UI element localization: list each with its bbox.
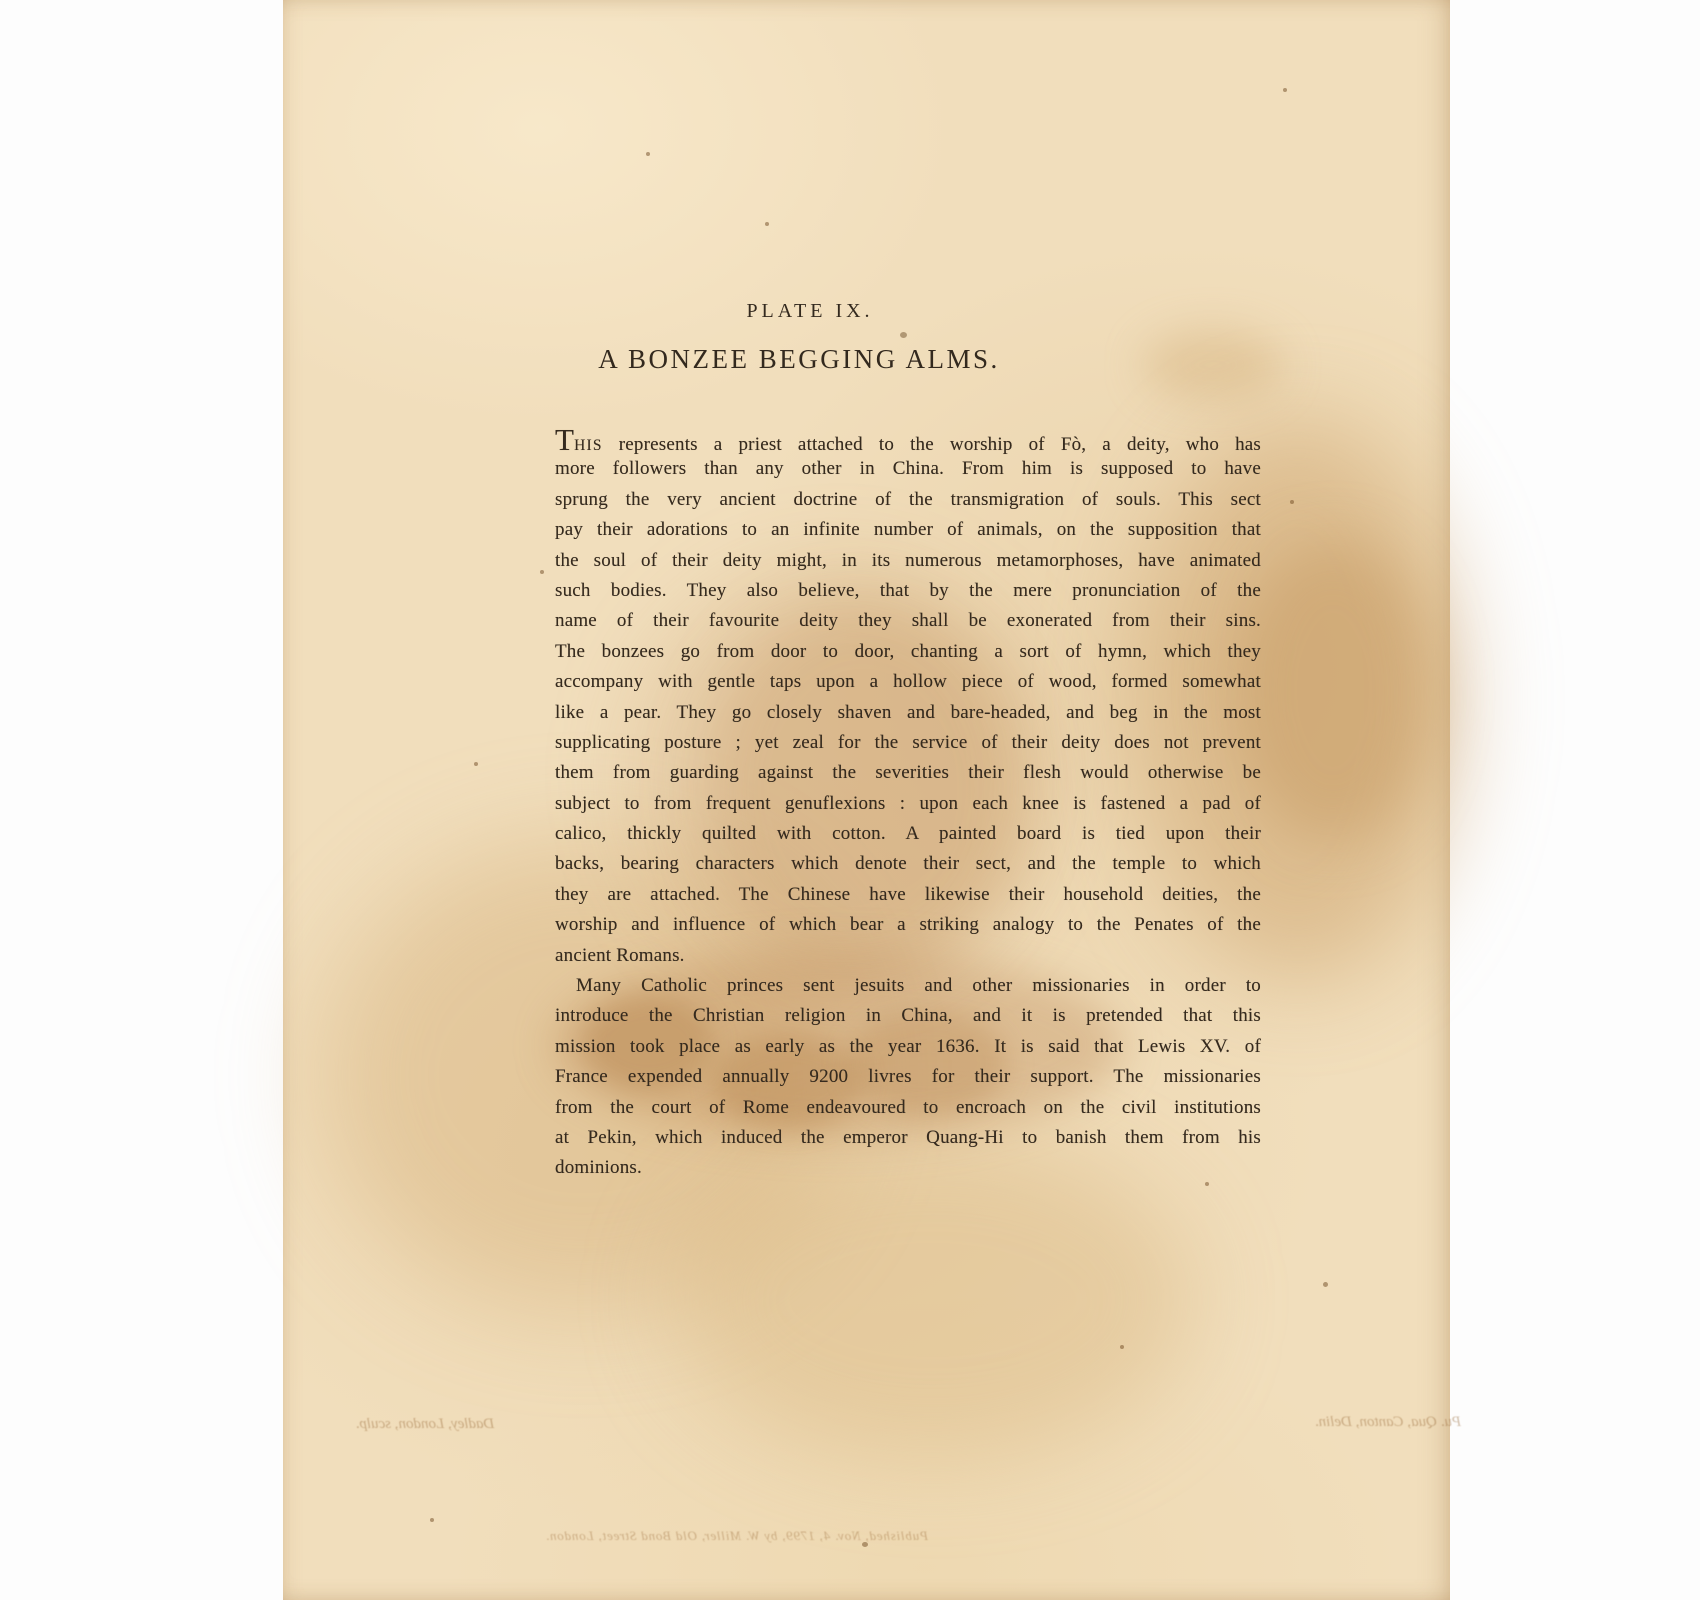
plate-label: PLATE IX. — [283, 300, 1337, 323]
text-line: more followers than any other in China. … — [555, 454, 1261, 484]
text-line: like a pear. They go closely shaven and … — [555, 698, 1261, 728]
text-line: they are attached. The Chinese have like… — [555, 880, 1261, 910]
text-line: at Pekin, which induced the emperor Quan… — [555, 1123, 1261, 1153]
show-through-publication-line: Published, Nov. 4, 1799, by W. Miller, O… — [583, 1528, 928, 1544]
show-through-engraver-signature: Dadley, London, sculp. — [335, 1416, 515, 1433]
page-title: A BONZEE BEGGING ALMS. — [283, 344, 1315, 375]
text-line: France expended annually 9200 livres for… — [555, 1062, 1261, 1092]
stain — [673, 1140, 1193, 1460]
text-line: THIS represents a priest attached to the… — [555, 424, 1261, 454]
text-line: dominions. — [555, 1153, 1261, 1183]
body-text: THIS represents a priest attached to the… — [555, 424, 1261, 1184]
text-line: ancient Romans. — [555, 941, 1261, 971]
text-line: subject to from frequent genuflexions : … — [555, 789, 1261, 819]
stain — [1233, 540, 1433, 840]
text-line: backs, bearing characters which denote t… — [555, 849, 1261, 879]
text-line: pay their adorations to an infinite numb… — [555, 515, 1261, 545]
text-line: calico, thickly quilted with cotton. A p… — [555, 819, 1261, 849]
speck — [862, 1542, 868, 1547]
opening-initial: T — [555, 422, 574, 457]
speck — [1323, 1282, 1328, 1287]
text-line: from the court of Rome endeavoured to en… — [555, 1093, 1261, 1123]
text-line: Many Catholic princes sent jesuits and o… — [555, 971, 1261, 1001]
text-line: the soul of their deity might, in its nu… — [555, 546, 1261, 576]
speck — [1120, 1345, 1124, 1349]
speck — [646, 152, 650, 156]
scan-background: PLATE IX. A BONZEE BEGGING ALMS. THIS re… — [0, 0, 1700, 1600]
speck — [1290, 500, 1294, 504]
text-line: introduce the Christian religion in Chin… — [555, 1001, 1261, 1031]
text-line: name of their favourite deity they shall… — [555, 606, 1261, 636]
text-line: worship and influence of which bear a st… — [555, 910, 1261, 940]
speck — [430, 1518, 434, 1522]
text-line: supplicating posture ; yet zeal for the … — [555, 728, 1261, 758]
speck — [765, 222, 769, 226]
text-line: accompany with gentle taps upon a hollow… — [555, 667, 1261, 697]
speck — [474, 762, 478, 766]
speck — [900, 332, 907, 338]
text-line: mission took place as early as the year … — [555, 1032, 1261, 1062]
text-line: The bonzees go from door to door, chanti… — [555, 637, 1261, 667]
book-page: PLATE IX. A BONZEE BEGGING ALMS. THIS re… — [283, 0, 1450, 1600]
show-through-artist-signature: Pu. Qua, Canton, Delin. — [1313, 1414, 1463, 1431]
text-line: them from guarding against the severitie… — [555, 758, 1261, 788]
text-line: sprung the very ancient doctrine of the … — [555, 485, 1261, 515]
speck — [1283, 88, 1287, 92]
text-line: such bodies. They also believe, that by … — [555, 576, 1261, 606]
speck — [540, 570, 544, 574]
opening-small-caps: HIS — [574, 437, 603, 454]
